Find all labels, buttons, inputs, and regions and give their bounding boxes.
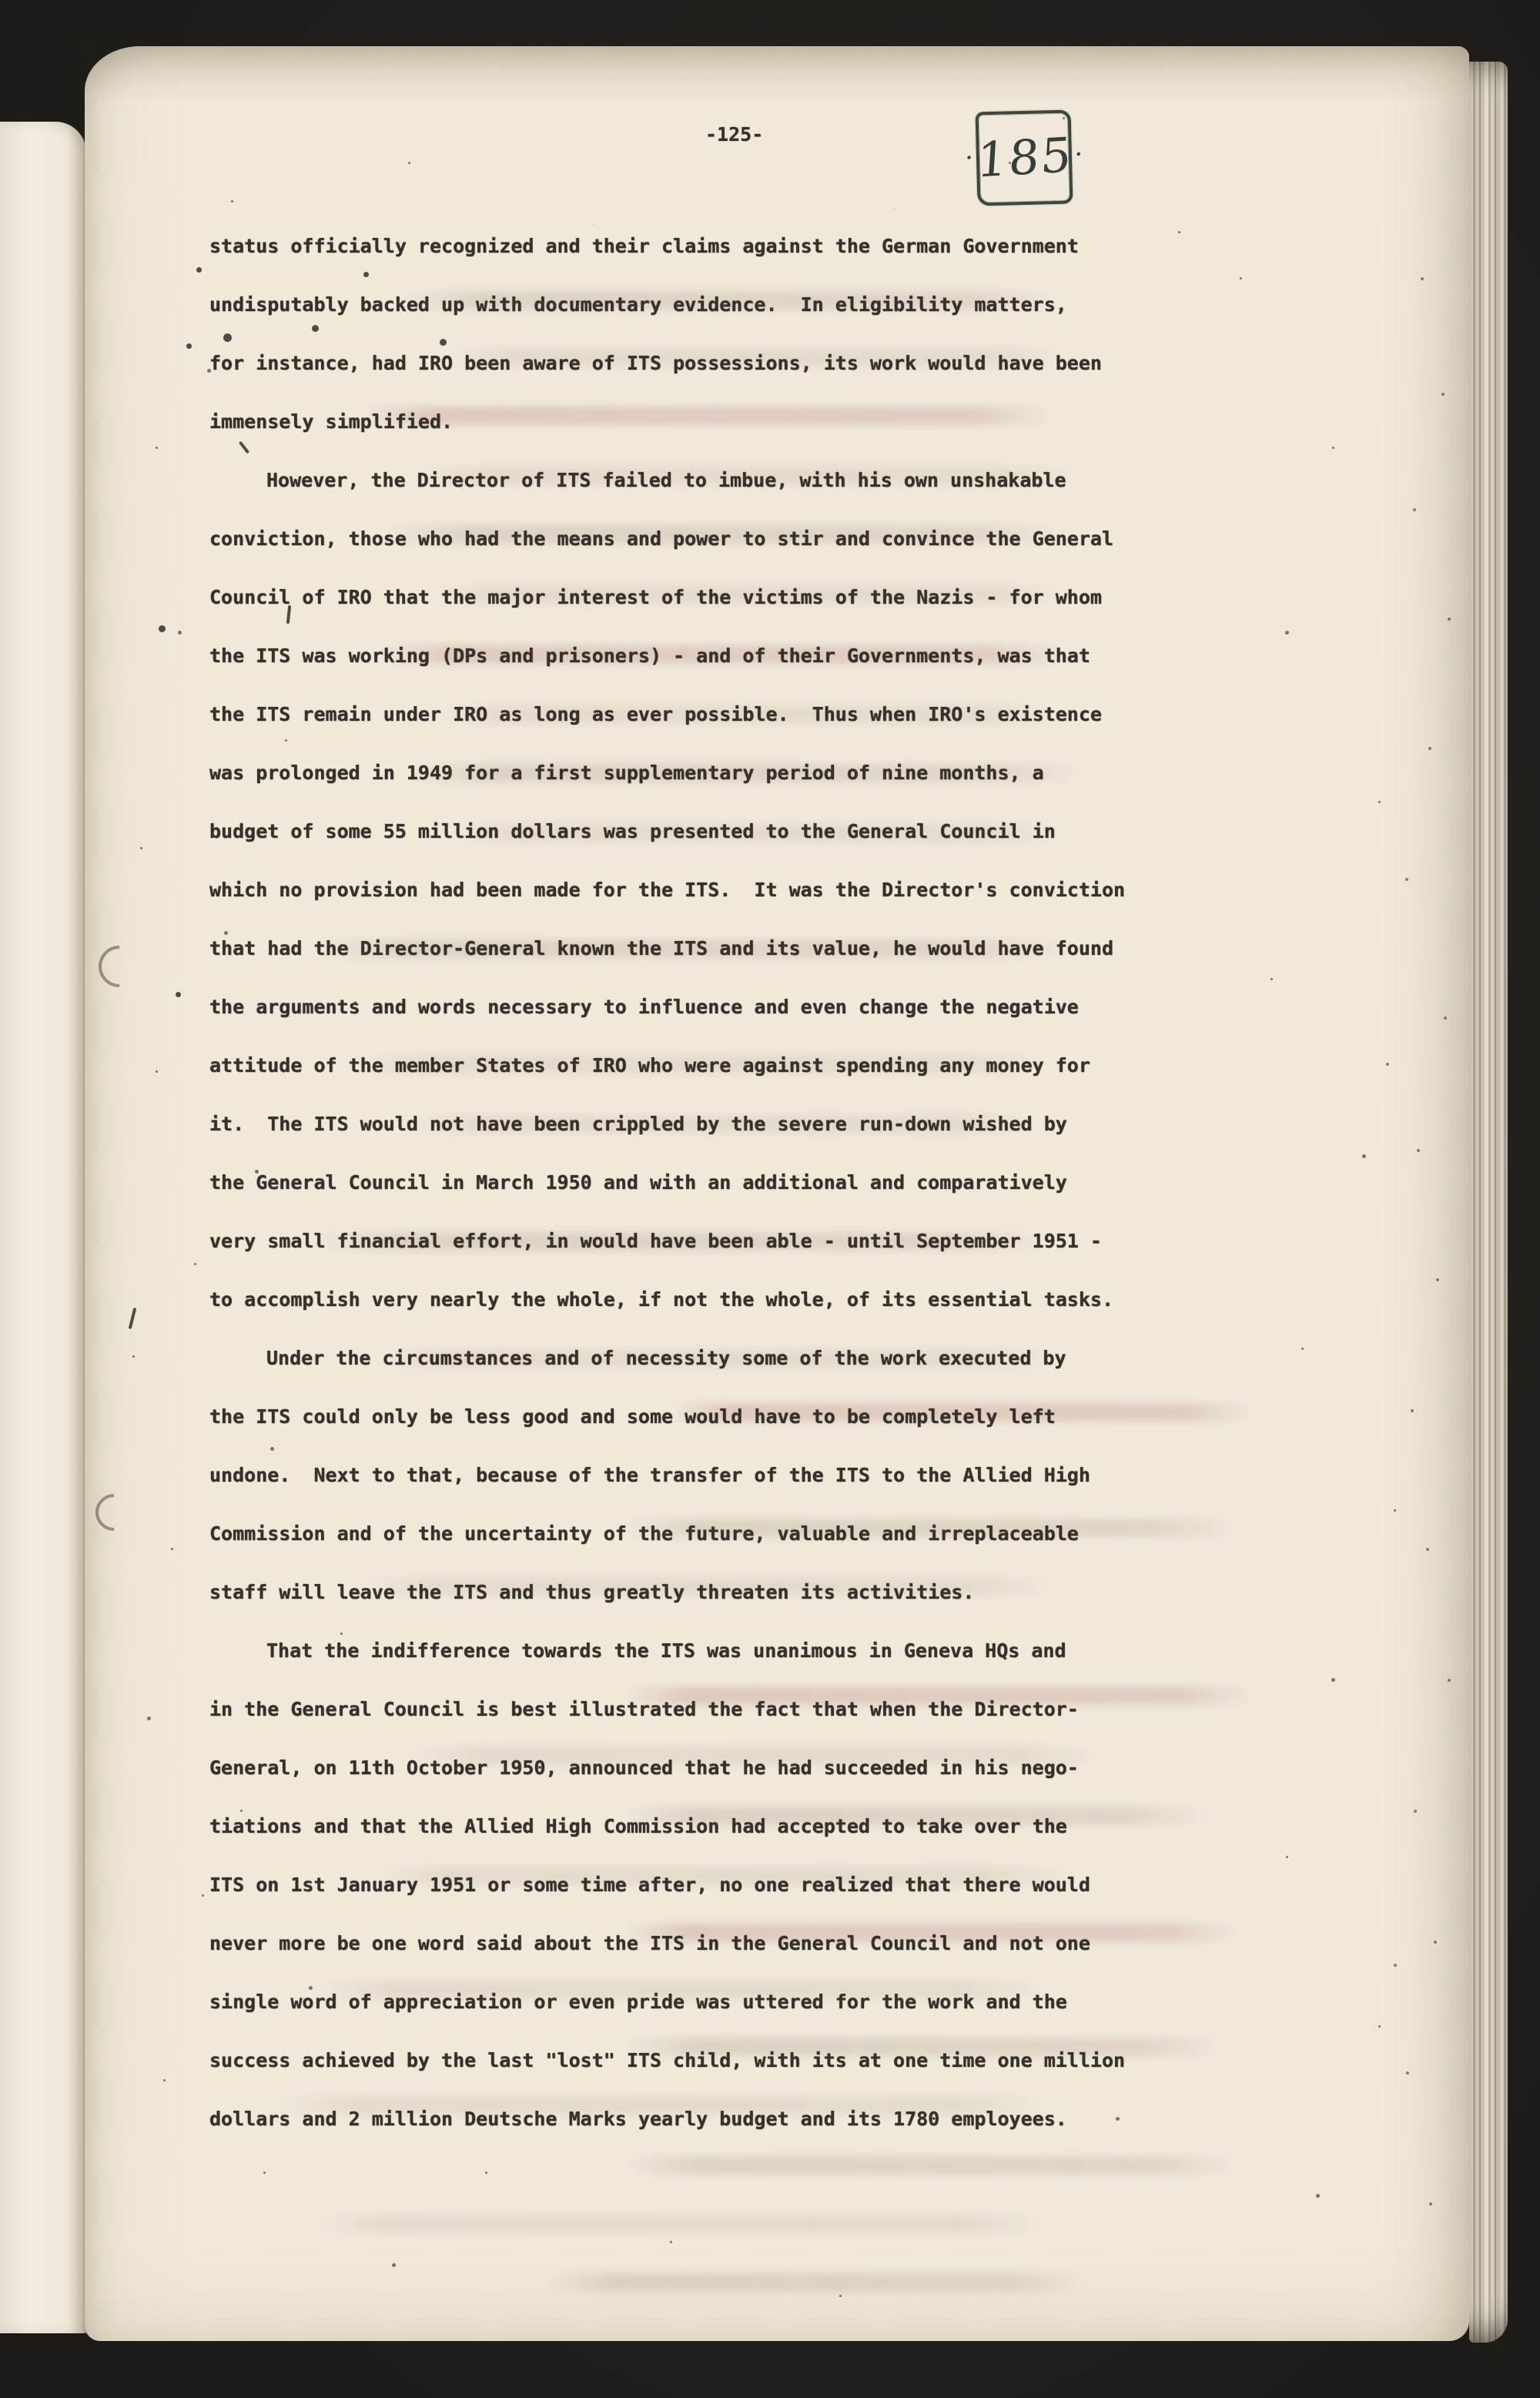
text-line: the ITS was working (DPs and prisoners) … (209, 627, 1349, 685)
bleed-through-line (316, 2215, 1047, 2233)
text-line: staff will leave the ITS and thus greatl… (209, 1563, 1349, 1622)
text-line: never more be one word said about the IT… (209, 1914, 1349, 1973)
text-line: ITS on 1st January 1951 or some time aft… (209, 1856, 1349, 1914)
text-line: Council of IRO that the major interest o… (209, 568, 1349, 627)
text-line: Commission and of the uncertainty of the… (209, 1505, 1349, 1563)
text-line: budget of some 55 million dollars was pr… (209, 802, 1349, 861)
text-line: the General Council in March 1950 and wi… (209, 1154, 1349, 1212)
ink-dash (129, 1308, 137, 1329)
text-line: status officially recognized and their c… (209, 217, 1349, 276)
page-number: -125- (705, 123, 763, 146)
text-line: immensely simplified. (209, 393, 1349, 451)
stamp-number: 185 (962, 130, 1085, 185)
text-line: That the indifference towards the ITS wa… (209, 1622, 1349, 1680)
punch-mark (88, 1486, 140, 1539)
text-line: success achieved by the last "lost" ITS … (209, 2031, 1349, 2090)
text-line: to accomplish very nearly the whole, if … (209, 1271, 1349, 1329)
text-line: the arguments and words necessary to inf… (209, 978, 1349, 1037)
text-line: conviction, those who had the means and … (209, 510, 1349, 568)
text-line: that had the Director-General known the … (209, 919, 1349, 978)
page-stack-edge (1469, 62, 1508, 2343)
text-line: single word of appreciation or even prid… (209, 1973, 1349, 2031)
text-line: was prolonged in 1949 for a first supple… (209, 744, 1349, 802)
text-line: the ITS remain under IRO as long as ever… (209, 685, 1349, 744)
text-line: it. The ITS would not have been crippled… (209, 1095, 1349, 1154)
text-line: General, on 11th October 1950, announced… (209, 1739, 1349, 1797)
text-line: dollars and 2 million Deutsche Marks yea… (209, 2090, 1349, 2148)
text-line: undone. Next to that, because of the tra… (209, 1446, 1349, 1505)
text-line: However, the Director of ITS failed to i… (209, 451, 1349, 510)
text-line: attitude of the member States of IRO who… (209, 1037, 1349, 1095)
text-line: for instance, had IRO been aware of ITS … (209, 334, 1349, 393)
text-line: in the General Council is best illustrat… (209, 1680, 1349, 1739)
text-line: tiations and that the Allied High Commis… (209, 1797, 1349, 1856)
page-stamp: 185 (976, 110, 1073, 206)
text-line: very small financial effort, in would ha… (209, 1212, 1349, 1271)
text-line: undisputably backed up with documentary … (209, 276, 1349, 334)
text-line: the ITS could only be less good and some… (209, 1388, 1349, 1446)
facing-page-edge (0, 122, 86, 2333)
book-scan-background: -125- 185 (0, 0, 1540, 2398)
ink-blobs (85, 46, 90, 52)
text-line: which no provision had been made for the… (209, 861, 1349, 919)
document-page: -125- 185 (85, 46, 1469, 2341)
bleed-through-line (624, 2156, 1240, 2175)
punch-mark (90, 937, 149, 996)
text-line: Under the circumstances and of necessity… (209, 1329, 1349, 1388)
bleed-through-line (547, 2273, 1086, 2292)
document-text: status officially recognized and their c… (209, 217, 1349, 2148)
